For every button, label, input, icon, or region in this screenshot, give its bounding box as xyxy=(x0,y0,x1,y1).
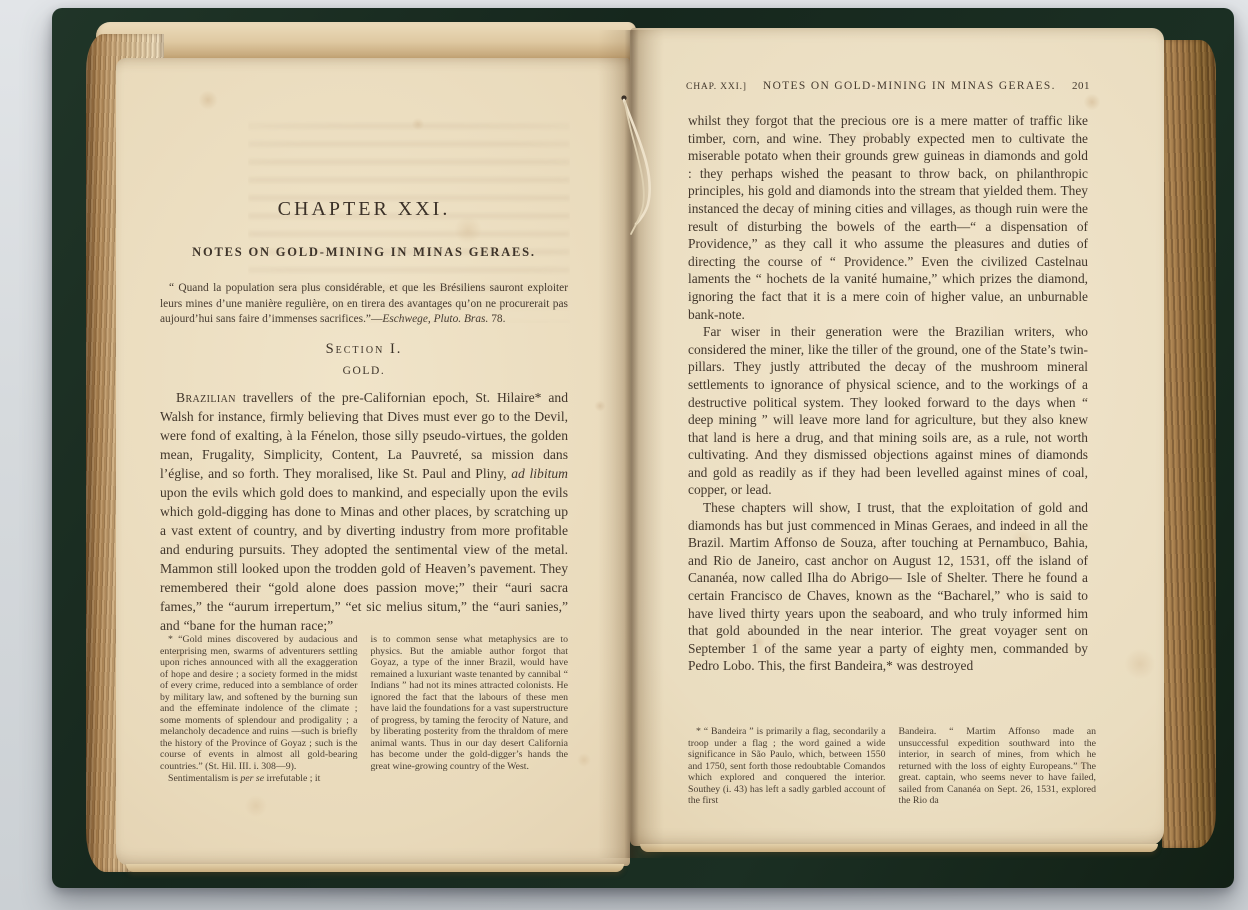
footnote-column-2: Bandeira. “ Martim Affonso made an unsuc… xyxy=(899,726,1097,807)
footnote-text: * “Gold mines discovered by audacious an… xyxy=(160,634,358,773)
left-page-footnotes: * “Gold mines discovered by audacious an… xyxy=(160,634,568,784)
footnote-text: Bandeira. “ Martim Affonso made an unsuc… xyxy=(899,726,1097,807)
body-paragraph: Brazilian travellers of the pre-Californ… xyxy=(160,388,568,635)
page-stack-right-edge xyxy=(1162,40,1216,848)
left-page-content: CHAPTER XXI. NOTES ON GOLD-MINING IN MIN… xyxy=(160,198,568,635)
right-page-content: whilst they forgot that the precious ore… xyxy=(688,112,1088,724)
footnote-column-1: * “Gold mines discovered by audacious an… xyxy=(160,634,358,784)
section-subheading: GOLD. xyxy=(160,365,568,377)
book-photo: CHAPTER XXI. NOTES ON GOLD-MINING IN MIN… xyxy=(0,0,1248,910)
footnote-text: is to common sense what metaphysics are … xyxy=(371,634,569,773)
section-heading: Section I. xyxy=(160,341,568,358)
binding-thread xyxy=(602,82,676,252)
right-page-footnotes: * “ Bandeira ” is primarily a flag, seco… xyxy=(688,726,1096,807)
header-chapter-label: CHAP. XXI.] xyxy=(686,81,747,92)
chapter-subtitle: NOTES ON GOLD-MINING IN MINAS GERAES. xyxy=(160,245,568,260)
chapter-title: CHAPTER XXI. xyxy=(160,198,568,221)
footnote-text: * “ Bandeira ” is primarily a flag, seco… xyxy=(688,726,886,807)
epigraph: “ Quand la population sera plus considér… xyxy=(160,281,568,328)
body-paragraph: Far wiser in their generation were the B… xyxy=(688,323,1088,499)
footnote-text: Sentimentalism is per se irrefutable ; i… xyxy=(160,773,358,785)
running-header: CHAP. XXI.] NOTES ON GOLD-MINING IN MINA… xyxy=(686,80,1090,92)
header-running-title: NOTES ON GOLD-MINING IN MINAS GERAES. xyxy=(747,80,1072,92)
footnote-column-2: is to common sense what metaphysics are … xyxy=(371,634,569,784)
body-paragraph: whilst they forgot that the precious ore… xyxy=(688,112,1088,323)
page-number: 201 xyxy=(1072,80,1090,92)
body-paragraph: These chapters will show, I trust, that … xyxy=(688,499,1088,675)
footnote-column-1: * “ Bandeira ” is primarily a flag, seco… xyxy=(688,726,886,807)
